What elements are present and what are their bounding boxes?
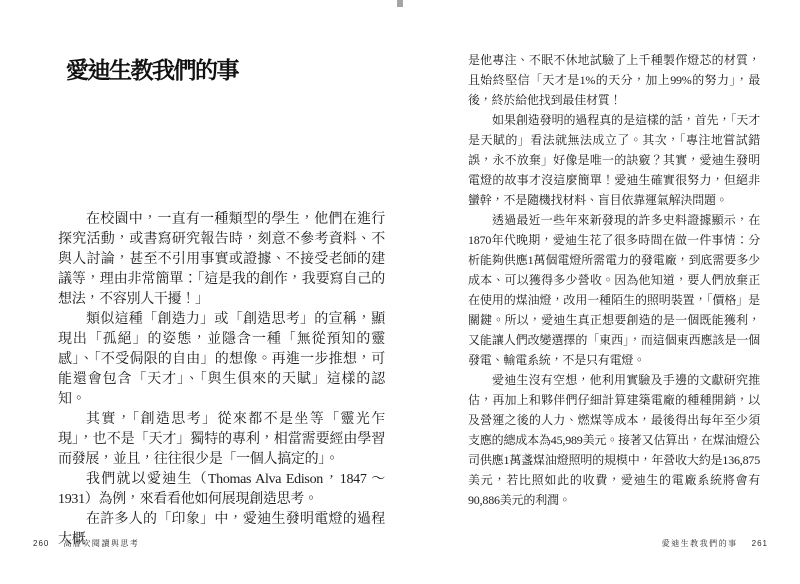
right-page: 是他專注、不眠不休地試驗了上千種製作燈芯的材質，且始終堅信「天才是1%的天分，加… xyxy=(400,0,800,584)
left-page: 愛迪生教我們的事 在校園中，一直有一種類型的學生，他們在進行探究活動，或書寫研究… xyxy=(0,0,400,584)
chapter-title: 愛迪生教我們的事 xyxy=(66,52,238,85)
book-spread: 愛迪生教我們的事 在校園中，一直有一種類型的學生，他們在進行探究活動，或書寫研究… xyxy=(0,0,800,584)
paragraph: 透過最近一些年來新發現的許多史料證據顯示，在1870年代晚期，愛迪生花了很多時間… xyxy=(468,210,760,370)
paragraph: 類似這種「創造力」或「創造思考」的宣稱，顯現出「孤絕」的姿態，並隱含一種「無從預… xyxy=(58,310,385,410)
right-running-footer: 愛迪生教我們的事261 xyxy=(662,538,768,549)
paragraph: 愛迪生沒有空想，他利用實驗及手邊的文獻研究推估，再加上和夥伴們仔細計算建築電廠的… xyxy=(468,370,760,510)
paragraph: 我們就以愛迪生（Thomas Alva Edison，1847 ～ 1931）為… xyxy=(58,470,385,510)
paragraph: 如果創造發明的過程真的是這樣的話，首先，「天才是天賦的」看法就無法成立了。其次，… xyxy=(468,110,760,210)
page-number: 260 xyxy=(33,539,49,548)
book-title: 高層次閱讀與思考 xyxy=(63,539,139,548)
page-number: 261 xyxy=(752,539,768,548)
left-page-body: 在校園中，一直有一種類型的學生，他們在進行探究活動，或書寫研究報告時，刻意不參考… xyxy=(58,210,385,550)
spine-notch xyxy=(397,0,403,7)
chapter-title-footer: 愛迪生教我們的事 xyxy=(662,539,738,548)
left-running-footer: 260高層次閱讀與思考 xyxy=(33,538,139,549)
right-page-body: 是他專注、不眠不休地試驗了上千種製作燈芯的材質，且始終堅信「天才是1%的天分，加… xyxy=(468,50,760,510)
paragraph: 是他專注、不眠不休地試驗了上千種製作燈芯的材質，且始終堅信「天才是1%的天分，加… xyxy=(468,50,760,110)
paragraph: 其實，「創造思考」從來都不是坐等「靈光乍現」，也不是「天才」獨特的專利，相當需要… xyxy=(58,410,385,470)
paragraph: 在校園中，一直有一種類型的學生，他們在進行探究活動，或書寫研究報告時，刻意不參考… xyxy=(58,210,385,310)
